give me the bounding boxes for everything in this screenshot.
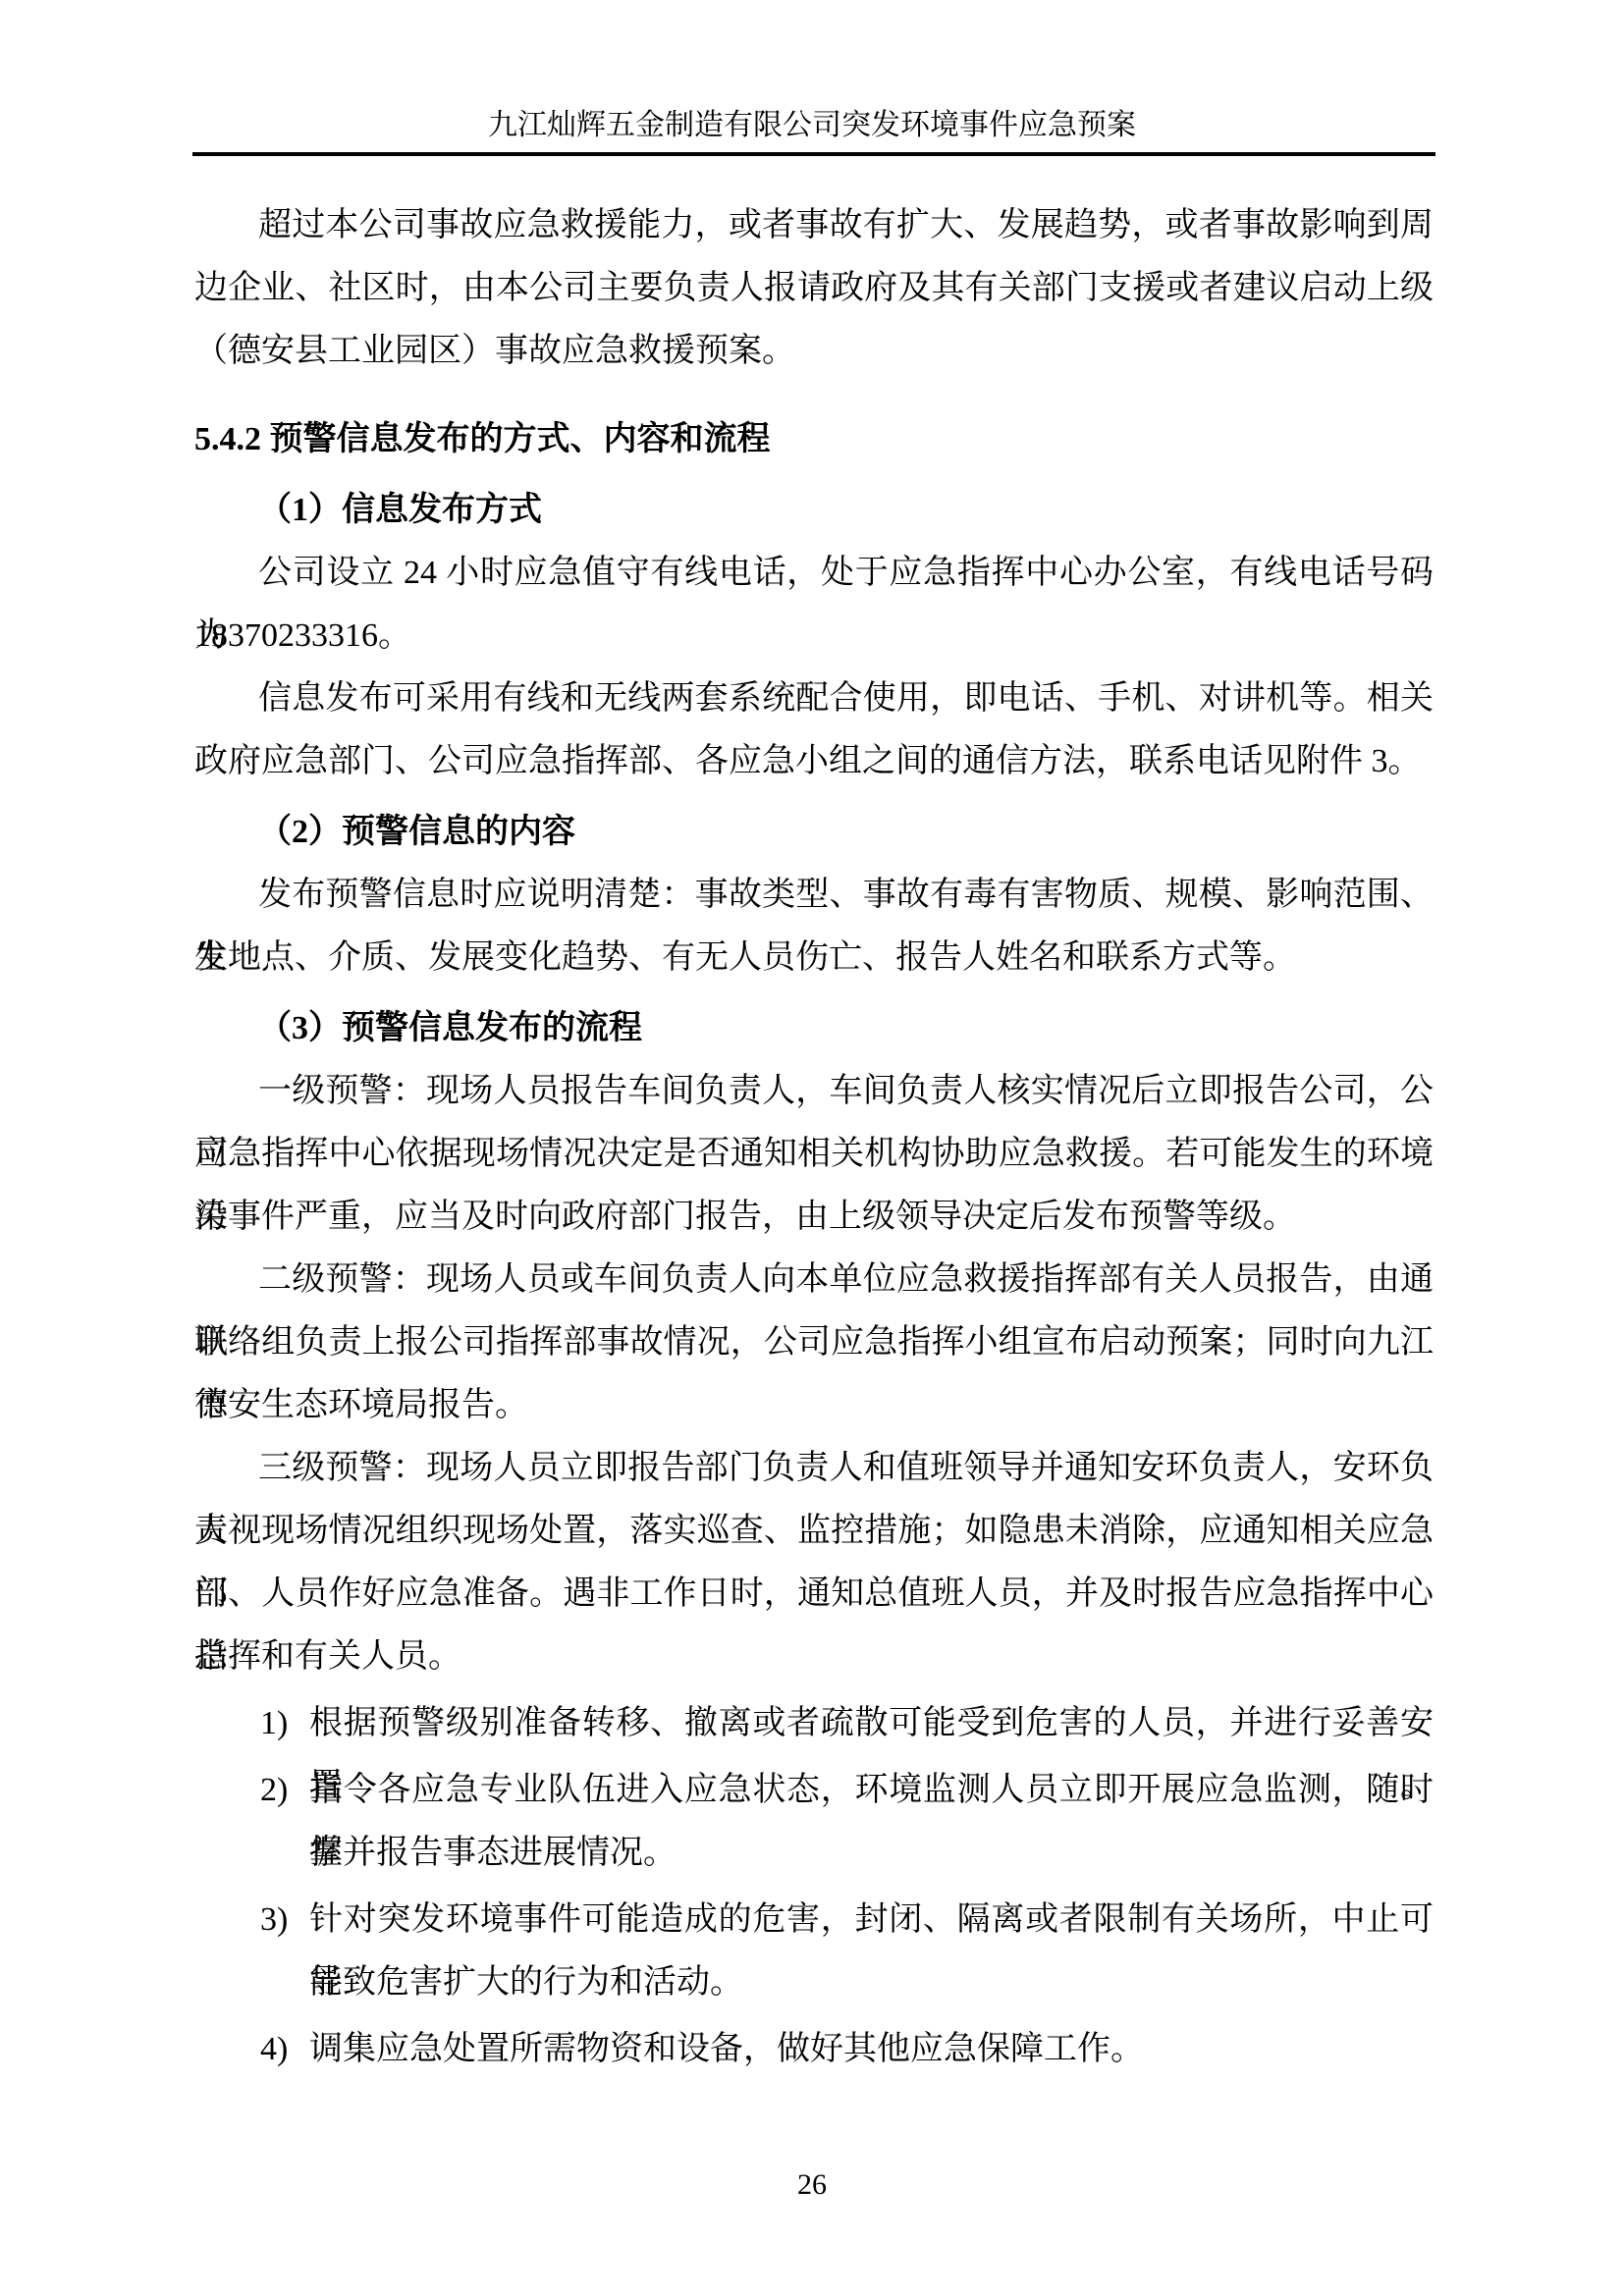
document-line: 发布预警信息时应说明清楚：事故类型、事故有毒有害物质、规模、影响范围、发 xyxy=(194,864,1434,927)
subsection-heading: （1）信息发布方式 xyxy=(194,479,1434,542)
list-item: 1)根据预警级别准备转移、撤离或者疏散可能受到危害的人员，并进行妥善安置。 xyxy=(194,1692,1434,1755)
list-item-text: 指令各应急专业队伍进入应急状态，环境监测人员立即开展应急监测，随时掌握并报告事态… xyxy=(309,1759,1434,1885)
list-item-text: 针对突发环境事件可能造成的危害，封闭、隔离或者限制有关场所，中止可能导致危害扩大… xyxy=(309,1889,1434,2014)
document-line: 超过本公司事故应急救援能力，或者事故有扩大、发展趋势，或者事故影响到周 xyxy=(194,194,1434,257)
list-item-number: 4) xyxy=(260,2018,309,2081)
document-line: 握并报告事态进展情况。 xyxy=(309,1822,1434,1885)
list-item-text: 根据预警级别准备转移、撤离或者疏散可能受到危害的人员，并进行妥善安置。 xyxy=(309,1692,1434,1755)
document-line: （德安县工业园区）事故应急救援预案。 xyxy=(194,320,1434,383)
list-item: 3)针对突发环境事件可能造成的危害，封闭、隔离或者限制有关场所，中止可能导致危害… xyxy=(194,1889,1434,2014)
document-line: 信息发布可采用有线和无线两套系统配合使用，即电话、手机、对讲机等。相关 xyxy=(194,667,1434,730)
header-rule xyxy=(192,152,1435,156)
document-line: 指挥和有关人员。 xyxy=(194,1626,1434,1688)
list-item-number: 2) xyxy=(260,1759,309,1822)
document-line: 应急指挥中心依据现场情况决定是否通知相关机构协助应急救援。若可能发生的环境污 xyxy=(194,1123,1434,1186)
document-line: 公司设立 24 小时应急值守有线电话，处于应急指挥中心办公室，有线电话号码为 xyxy=(194,542,1434,605)
document-line: 政府应急部门、公司应急指挥部、各应急小组之间的通信方法，联系电话见附件 3。 xyxy=(194,730,1434,793)
document-line: 二级预警：现场人员或车间负责人向本单位应急救援指挥部有关人员报告，由通讯 xyxy=(194,1249,1434,1311)
document-line: 人视现场情况组织现场处置，落实巡查、监控措施；如隐患未消除，应通知相关应急部 xyxy=(194,1500,1434,1563)
document-line: 边企业、社区时，由本公司主要负责人报请政府及其有关部门支援或者建议启动上级 xyxy=(194,257,1434,320)
section-heading: 5.4.2 预警信息发布的方式、内容和流程 xyxy=(194,408,1434,471)
document-line: 指令各应急专业队伍进入应急状态，环境监测人员立即开展应急监测，随时掌 xyxy=(309,1759,1434,1822)
page-number: 26 xyxy=(0,2165,1624,2205)
document-line: 针对突发环境事件可能造成的危害，封闭、隔离或者限制有关场所，中止可能 xyxy=(309,1889,1434,1951)
header-title: 九江灿辉五金制造有限公司突发环境事件应急预案 xyxy=(0,106,1624,145)
list-item-number: 1) xyxy=(260,1692,309,1755)
document-line: 导致危害扩大的行为和活动。 xyxy=(309,1951,1434,2014)
document-line: 调集应急处置所需物资和设备，做好其他应急保障工作。 xyxy=(309,2018,1434,2081)
document-line: 德安生态环境局报告。 xyxy=(194,1374,1434,1437)
document-line: 染事件严重，应当及时向政府部门报告，由上级领导决定后发布预警等级。 xyxy=(194,1186,1434,1249)
list-item: 2)指令各应急专业队伍进入应急状态，环境监测人员立即开展应急监测，随时掌握并报告… xyxy=(194,1759,1434,1885)
document-page: 九江灿辉五金制造有限公司突发环境事件应急预案 超过本公司事故应急救援能力，或者事… xyxy=(0,0,1624,2296)
document-line: 一级预警：现场人员报告车间负责人，车间负责人核实情况后立即报告公司，公司 xyxy=(194,1060,1434,1123)
subsection-heading: （2）预警信息的内容 xyxy=(194,801,1434,864)
subsection-heading: （3）预警信息发布的流程 xyxy=(194,997,1434,1060)
list-item-number: 3) xyxy=(260,1889,309,1951)
document-body: 超过本公司事故应急救援能力，或者事故有扩大、发展趋势，或者事故影响到周边企业、社… xyxy=(194,194,1434,2081)
list-item: 4)调集应急处置所需物资和设备，做好其他应急保障工作。 xyxy=(194,2018,1434,2081)
document-line: 根据预警级别准备转移、撤离或者疏散可能受到危害的人员，并进行妥善安置。 xyxy=(309,1692,1434,1755)
list-item-text: 调集应急处置所需物资和设备，做好其他应急保障工作。 xyxy=(309,2018,1434,2081)
document-line: 生地点、介质、发展变化趋势、有无人员伤亡、报告人姓名和联系方式等。 xyxy=(194,927,1434,989)
document-line: 联络组负责上报公司指挥部事故情况，公司应急指挥小组宣布启动预案；同时向九江市 xyxy=(194,1311,1434,1374)
document-line: 18370233316。 xyxy=(194,605,1434,667)
document-line: 门、人员作好应急准备。遇非工作日时，通知总值班人员，并及时报告应急指挥中心总 xyxy=(194,1563,1434,1626)
document-line: 三级预警：现场人员立即报告部门负责人和值班领导并通知安环负责人，安环负责 xyxy=(194,1437,1434,1500)
